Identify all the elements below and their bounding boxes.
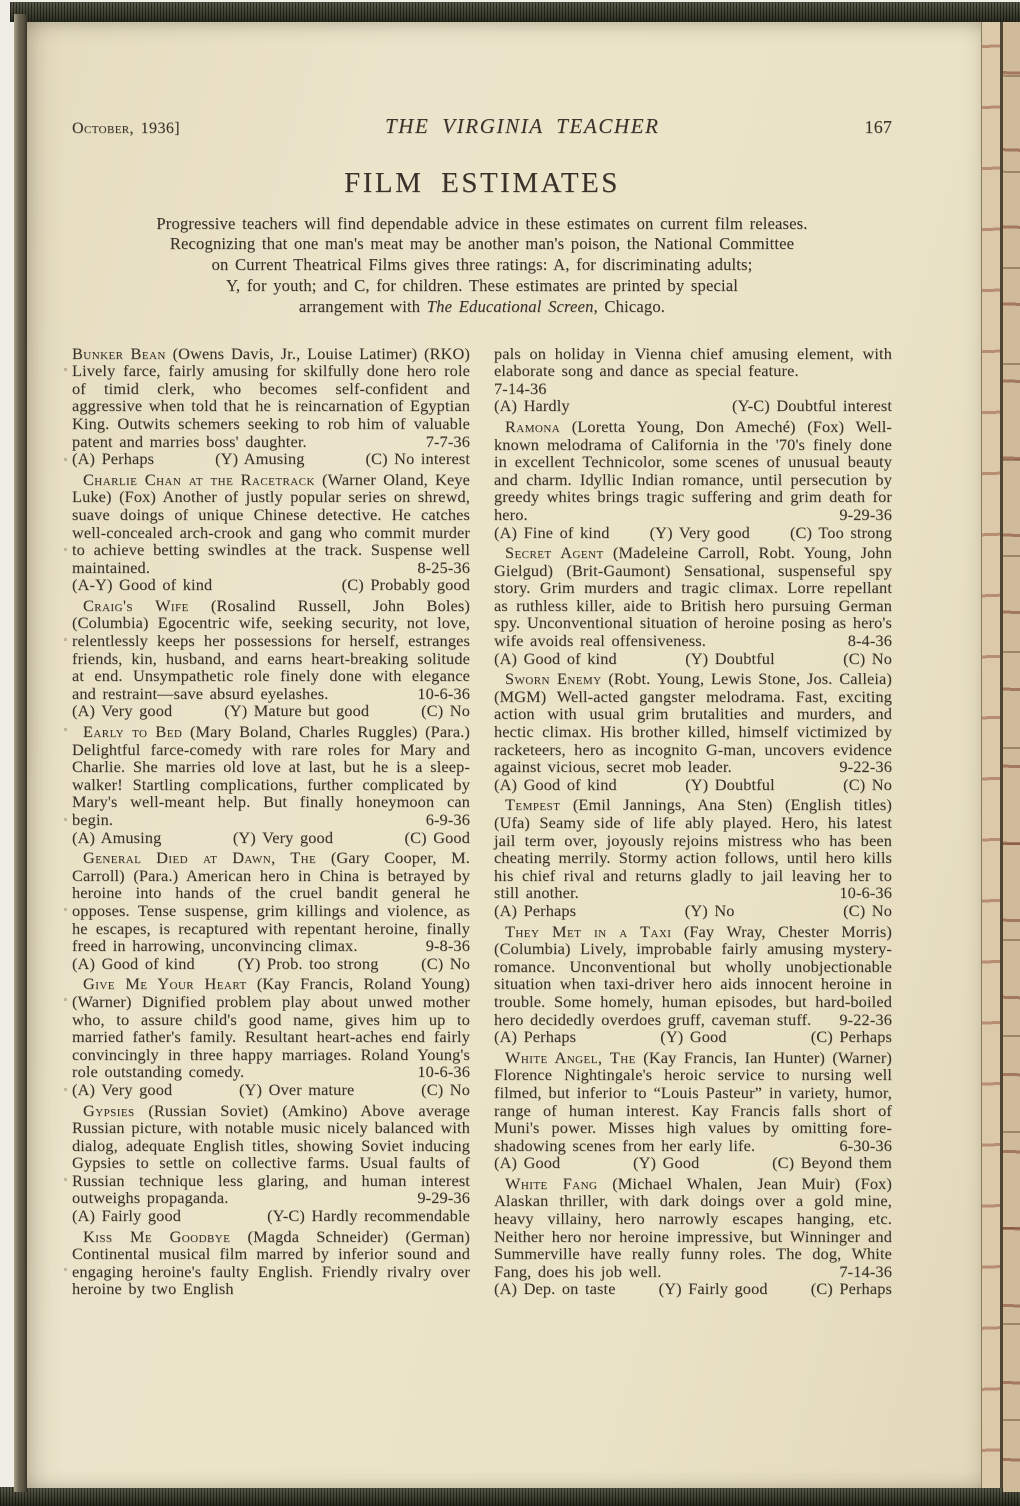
rating-children: (C) No xyxy=(843,776,892,794)
film-entry-general-died-at-dawn: General Died at Dawn, The (Gary Cooper, … xyxy=(72,849,470,972)
page-header: October, 1936] THE VIRGINIA TEACHER 167 xyxy=(72,118,892,138)
film-credits: (Magda Schneider) (German) xyxy=(248,1227,470,1246)
book-binding-bottom xyxy=(0,1487,1020,1506)
rating-adults: (A) Perhaps xyxy=(494,902,576,920)
intro-journal-name: The Educational Screen xyxy=(427,297,594,316)
film-title: Sworn Enemy xyxy=(505,669,602,688)
film-entry-charlie-chan: Charlie Chan at the Racetrack (Warner Ol… xyxy=(72,471,470,594)
film-title: Give Me Your Heart xyxy=(83,974,247,993)
film-ratings: (A) Good of kind(Y) Prob. too strong(C) … xyxy=(72,955,470,973)
film-review: White Fang (Michael Whalen, Jean Muir) (… xyxy=(494,1175,892,1281)
film-ratings: (A) Amusing(Y) Very good(C) Good xyxy=(72,829,470,847)
film-review: Secret Agent (Madeleine Carroll, Robt. Y… xyxy=(494,544,892,650)
film-date: 10-6-36 xyxy=(828,884,892,902)
page-fore-edge-inner xyxy=(981,22,1003,1488)
film-entry-they-met-in-a-taxi: They Met in a Taxi (Fay Wray, Chester Mo… xyxy=(494,923,892,1046)
film-entry-ramona: Ramona (Loretta Young, Don Ameché) (Fox)… xyxy=(494,418,892,541)
film-entry-give-me-your-heart: Give Me Your Heart (Kay Francis, Roland … xyxy=(72,975,470,1098)
film-body: pals on holiday in Vienna chief amusing … xyxy=(494,344,892,381)
right-column: pals on holiday in Vienna chief amusing … xyxy=(494,345,892,1298)
film-entry-sworn-enemy: Sworn Enemy (Robt. Young, Lewis Stone, J… xyxy=(494,670,892,793)
film-entry-secret-agent: Secret Agent (Madeleine Carroll, Robt. Y… xyxy=(494,544,892,667)
film-credits: (Kay Francis, Ian Hunter) (Warner) xyxy=(643,1048,892,1067)
film-date: 7-7-36 xyxy=(426,433,470,451)
film-review: Ramona (Loretta Young, Don Ameché) (Fox)… xyxy=(494,418,892,524)
rating-adults: (A) Hardly xyxy=(494,397,570,415)
film-ratings: (A) Good(Y) Good(C) Beyond them xyxy=(494,1154,892,1172)
film-date: 6-30-36 xyxy=(828,1137,892,1155)
film-ratings: (A) Perhaps(Y) No(C) No xyxy=(494,902,892,920)
intro-line: Recognizing that one man's meat may be a… xyxy=(72,234,892,255)
film-date: 9-29-36 xyxy=(828,506,892,524)
film-date: 8-4-36 xyxy=(837,632,892,650)
film-entry-tempest: Tempest (Emil Jannings, Ana Sten) (Engli… xyxy=(494,796,892,919)
rating-adults: (A) Good of kind xyxy=(494,650,617,668)
film-date: 6-9-36 xyxy=(415,811,470,829)
film-date: 9-22-36 xyxy=(828,758,892,776)
film-credits: (Russian Soviet) (Amkino) xyxy=(148,1101,347,1120)
rating-children: (C) No xyxy=(843,902,892,920)
two-column-body: Bunker Bean (Owens Davis, Jr., Louise La… xyxy=(72,345,892,1298)
film-ratings: (A) Fairly good(Y-C) Hardly recommendabl… xyxy=(72,1207,470,1225)
rating-youth: (Y) Fairly good xyxy=(659,1280,768,1298)
rating-youth: (Y) Amusing xyxy=(215,450,304,468)
scanned-page: October, 1936] THE VIRGINIA TEACHER 167 … xyxy=(0,0,1020,1506)
film-body: Delightful farce-comedy with rare roles … xyxy=(72,740,470,829)
film-body: Lively farce, fairly amusing for skilful… xyxy=(72,361,470,450)
film-credits: (Mary Boland, Charles Ruggles) (Para.) xyxy=(190,722,470,741)
film-ratings: (A-Y) Good of kind(C) Probably good xyxy=(72,576,470,594)
film-ratings: (A) Dep. on taste(Y) Fairly good(C) Perh… xyxy=(494,1280,892,1298)
film-title: Tempest xyxy=(505,795,560,814)
intro-line-last: arrangement with The Educational Screen,… xyxy=(72,297,892,318)
film-review: Give Me Your Heart (Kay Francis, Roland … xyxy=(72,975,470,1081)
rating-adults: (A) Good xyxy=(494,1154,560,1172)
page-number: 167 xyxy=(865,119,892,137)
film-title: Craig's Wife xyxy=(83,596,189,615)
film-title: Ramona xyxy=(505,417,560,436)
film-entry-early-to-bed: Early to Bed (Mary Boland, Charles Ruggl… xyxy=(72,723,470,846)
intro-last-prefix: arrangement with xyxy=(299,297,427,316)
rating-adults: (A) Very good xyxy=(72,702,172,720)
rating-youth: (Y) Mature but good xyxy=(224,702,369,720)
rating-children: (C) Too strong xyxy=(790,524,892,542)
film-review: Early to Bed (Mary Boland, Charles Ruggl… xyxy=(72,723,470,829)
rating-youth: (Y) Doubtful xyxy=(685,776,775,794)
issue-date: October, 1936] xyxy=(72,120,180,138)
rating-children: (C) No xyxy=(421,955,470,973)
rating-children: (C) No interest xyxy=(365,450,470,468)
film-entry-white-angel: White Angel, The (Kay Francis, Ian Hunte… xyxy=(494,1049,892,1172)
book-binding-top xyxy=(10,2,1020,22)
intro-line: Y, for youth; and C, for children. These… xyxy=(72,276,892,297)
film-entry-craigs-wife: Craig's Wife (Rosalind Russell, John Bol… xyxy=(72,597,470,720)
film-title: Kiss Me Goodbye xyxy=(83,1227,230,1246)
film-ratings: (A) Perhaps(Y) Good(C) Perhaps xyxy=(494,1028,892,1046)
journal-title: THE VIRGINIA TEACHER xyxy=(385,118,660,136)
rating-youth: (Y) Doubtful xyxy=(685,650,775,668)
intro-line: Progressive teachers will find dependabl… xyxy=(72,214,892,235)
film-review: White Angel, The (Kay Francis, Ian Hunte… xyxy=(494,1049,892,1155)
rating-youth: (Y) No xyxy=(685,902,735,920)
film-title: White Fang xyxy=(505,1174,597,1193)
article-title: FILM ESTIMATES xyxy=(72,168,892,198)
rating-adults: (A) Dep. on taste xyxy=(494,1280,616,1298)
rating-youth: (Y) Good xyxy=(633,1154,699,1172)
film-ratings: (A) Hardly(Y-C) Doubtful interest xyxy=(494,397,892,415)
film-ratings: (A) Very good(Y) Mature but good(C) No xyxy=(72,702,470,720)
rating-children: (C) Perhaps xyxy=(811,1280,892,1298)
film-ratings: (A) Perhaps(Y) Amusing(C) No interest xyxy=(72,450,470,468)
film-date: 9-8-36 xyxy=(415,937,470,955)
film-date: 7-14-36 xyxy=(494,380,892,398)
film-entry-kiss-me-goodbye-continued: pals on holiday in Vienna chief amusing … xyxy=(494,345,892,415)
rating-children: (C) Perhaps xyxy=(811,1028,892,1046)
film-title: Early to Bed xyxy=(83,722,182,741)
film-entry-bunker-bean: Bunker Bean (Owens Davis, Jr., Louise La… xyxy=(72,345,470,468)
film-entry-white-fang: White Fang (Michael Whalen, Jean Muir) (… xyxy=(494,1175,892,1298)
rating-adults: (A) Very good xyxy=(72,1081,172,1099)
left-column: Bunker Bean (Owens Davis, Jr., Louise La… xyxy=(72,345,470,1298)
film-credits: (Michael Whalen, Jean Muir) (Fox) xyxy=(612,1174,892,1193)
rating-youth: (Y) Very good xyxy=(650,524,750,542)
intro-paragraph: Progressive teachers will find dependabl… xyxy=(72,214,892,318)
rating-adults: (A) Perhaps xyxy=(72,450,154,468)
rating-children: (C) Probably good xyxy=(342,576,470,594)
film-credits: (Loretta Young, Don Ameché) (Fox) xyxy=(572,417,844,436)
film-review: Bunker Bean (Owens Davis, Jr., Louise La… xyxy=(72,345,470,451)
film-ratings: (A) Fine of kind(Y) Very good(C) Too str… xyxy=(494,524,892,542)
film-title: Gypsies xyxy=(83,1101,135,1120)
film-review-continuation: pals on holiday in Vienna chief amusing … xyxy=(494,345,892,398)
film-review: Craig's Wife (Rosalind Russell, John Bol… xyxy=(72,597,470,703)
rating-adults-youth: (A-Y) Good of kind xyxy=(72,576,212,594)
intro-line: on Current Theatrical Films gives three … xyxy=(72,255,892,276)
rating-children: (C) No xyxy=(421,1081,470,1099)
rating-adults: (A) Good of kind xyxy=(72,955,195,973)
film-review: Sworn Enemy (Robt. Young, Lewis Stone, J… xyxy=(494,670,892,776)
page-gutter-shadow xyxy=(14,14,27,1492)
rating-adults: (A) Fairly good xyxy=(72,1207,181,1225)
rating-youth: (Y) Very good xyxy=(233,829,333,847)
page-content: October, 1936] THE VIRGINIA TEACHER 167 … xyxy=(72,118,892,1298)
film-entry-kiss-me-goodbye: Kiss Me Goodbye (Magda Schneider) (Germa… xyxy=(72,1228,470,1298)
rating-adults: (A) Amusing xyxy=(72,829,161,847)
film-date: 9-29-36 xyxy=(406,1189,470,1207)
rating-youth: (Y) Prob. too strong xyxy=(237,955,378,973)
film-review: Kiss Me Goodbye (Magda Schneider) (Germa… xyxy=(72,1228,470,1298)
film-review: Charlie Chan at the Racetrack (Warner Ol… xyxy=(72,471,470,577)
film-date: 7-14-36 xyxy=(828,1263,892,1281)
film-ratings: (A) Very good(Y) Over mature(C) No xyxy=(72,1081,470,1099)
film-ratings: (A) Good of kind(Y) Doubtful(C) No xyxy=(494,776,892,794)
rating-adults: (A) Perhaps xyxy=(494,1028,576,1046)
rating-youth: (Y) Good xyxy=(660,1028,726,1046)
film-entry-gypsies: Gypsies (Russian Soviet) (Amkino) Above … xyxy=(72,1102,470,1225)
rating-children: (C) Good xyxy=(405,829,470,847)
film-title: General Died at Dawn, The xyxy=(83,848,316,867)
film-title: Charlie Chan at the Racetrack xyxy=(83,470,315,489)
film-title: Bunker Bean xyxy=(72,344,166,363)
rating-children: (C) No xyxy=(421,702,470,720)
film-date: 10-6-36 xyxy=(406,1063,470,1081)
film-title: They Met in a Taxi xyxy=(505,922,671,941)
film-title: Secret Agent xyxy=(505,543,604,562)
film-body: Continental musical film marred by infer… xyxy=(72,1244,470,1298)
rating-adults: (A) Good of kind xyxy=(494,776,617,794)
film-date: 10-6-36 xyxy=(406,685,470,703)
intro-last-suffix: , Chicago. xyxy=(594,297,666,316)
rating-youth: (Y) Over mature xyxy=(239,1081,354,1099)
film-review: Gypsies (Russian Soviet) (Amkino) Above … xyxy=(72,1102,470,1208)
film-ratings: (A) Good of kind(Y) Doubtful(C) No xyxy=(494,650,892,668)
margin-specks xyxy=(64,330,67,1310)
film-review: They Met in a Taxi (Fay Wray, Chester Mo… xyxy=(494,923,892,1029)
rating-children: (C) No xyxy=(843,650,892,668)
film-title: White Angel, The xyxy=(505,1048,636,1067)
rating-youth-children: (Y-C) Hardly recommendable xyxy=(267,1207,470,1225)
film-credits: (Owens Davis, Jr., Louise Latimer) (RKO) xyxy=(173,344,470,363)
rating-youth-children: (Y-C) Doubtful interest xyxy=(732,397,892,415)
page-fore-edge-outer xyxy=(1003,22,1020,1492)
rating-adults: (A) Fine of kind xyxy=(494,524,610,542)
film-date: 8-25-36 xyxy=(406,559,470,577)
film-date: 9-22-36 xyxy=(828,1011,892,1029)
rating-children: (C) Beyond them xyxy=(772,1154,892,1172)
film-review: General Died at Dawn, The (Gary Cooper, … xyxy=(72,849,470,955)
film-review: Tempest (Emil Jannings, Ana Sten) (Engli… xyxy=(494,796,892,902)
